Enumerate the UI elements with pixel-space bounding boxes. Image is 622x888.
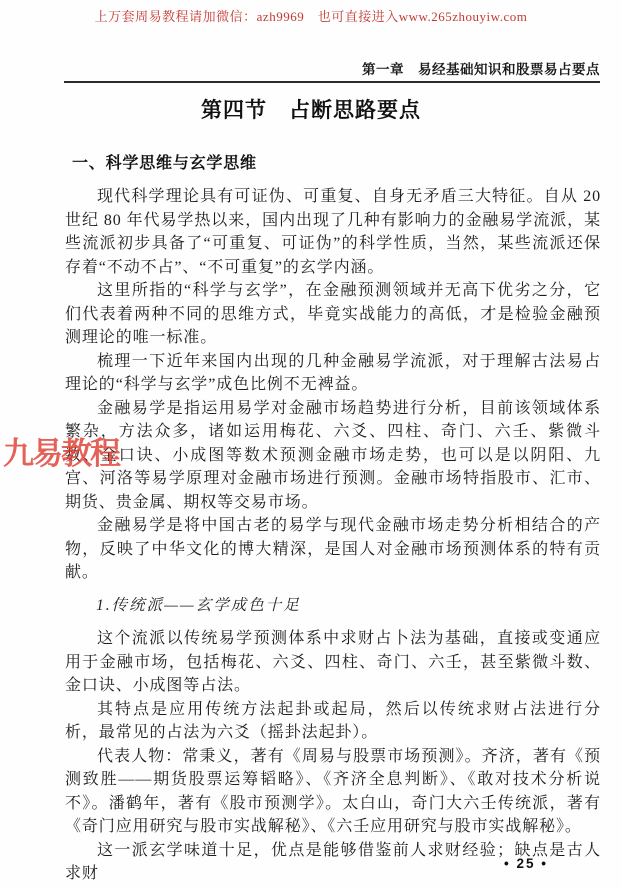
- sub-section-heading: 1.传统派——玄学成色十足: [65, 594, 601, 618]
- promo-banner-text: 上万套周易教程请加微信：azh9969 也可直接进入www.265zhouyiw…: [0, 6, 622, 25]
- body-paragraph: 代表人物：常秉义，著有《周易与股票市场预测》。齐济，著有《预测致胜——期货股票运…: [65, 745, 601, 839]
- page-number: • 25 •: [504, 856, 548, 871]
- body-paragraph: 这个流派以传统易学预测体系中求财占卜法为基础，直接或变通应用于金融市场，包括梅花…: [65, 627, 601, 698]
- book-page: 上万套周易教程请加微信：azh9969 也可直接进入www.265zhouyiw…: [0, 0, 622, 888]
- chapter-running-header: 第一章 易经基础知识和股票易占要点: [362, 58, 600, 78]
- body-paragraph: 金融易学是指运用易学对金融市场趋势进行分析，目前该领域体系繁杂，方法众多，诸如运…: [65, 397, 601, 515]
- body-paragraph: 梳理一下近年来国内出现的几种金融易学流派，对于理解古法易占理论的“科学与玄学”成…: [65, 350, 601, 397]
- body-paragraph: 这里所指的“科学与玄学”，在金融预测领域并无高下优劣之分，它们代表着两种不同的思…: [65, 279, 601, 350]
- body-paragraph: 现代科学理论具有可证伪、可重复、自身无矛盾三大特征。自从 20 世纪 80 年代…: [65, 185, 601, 279]
- page-title: 第四节 占断思路要点: [0, 94, 622, 124]
- body-paragraph: 其特点是应用传统方法起卦或起局，然后以传统求财占法进行分析，最常见的占法为六爻（…: [65, 698, 601, 745]
- section-heading: 一、科学思维与玄学思维: [72, 150, 257, 173]
- body-paragraph: 金融易学是将中国古老的易学与现代金融市场走势分析相结合的产物，反映了中华文化的博…: [65, 514, 601, 585]
- header-divider-line: [64, 81, 600, 83]
- body-text-block: 现代科学理论具有可证伪、可重复、自身无矛盾三大特征。自从 20 世纪 80 年代…: [65, 185, 601, 886]
